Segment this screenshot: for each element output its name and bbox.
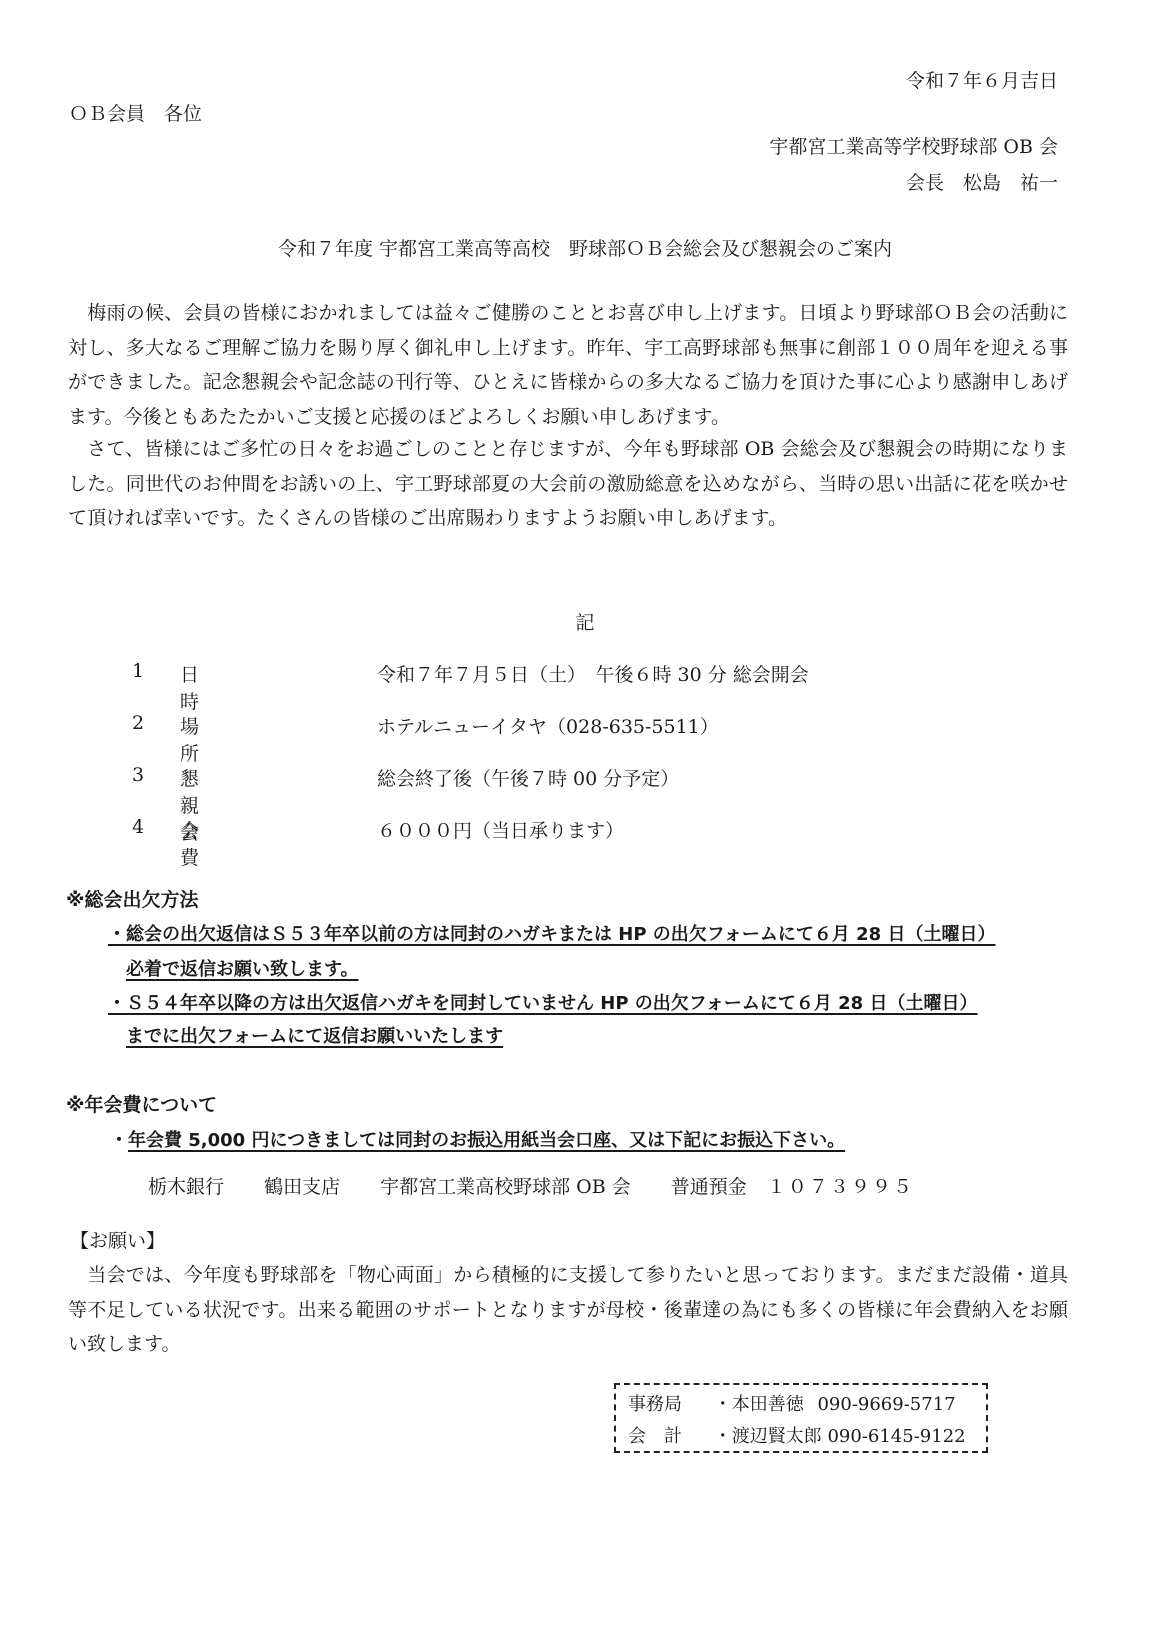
addressee: ＯＢ会員 各位 <box>69 99 202 126</box>
sender-organization: 宇都宮工業高等学校野球部 OB 会 <box>769 132 1058 159</box>
contact-role: 会 計 <box>628 1421 708 1453</box>
annual-fee-bullet-text: 年会費 5,000 円につきましては同封のお振込用紙当会口座、又は下記にお振込下… <box>128 1130 845 1151</box>
contact-name: ・本田善徳 <box>714 1389 804 1421</box>
detail-label: 日 時 <box>180 660 218 714</box>
account-type: 普通預金 <box>671 1176 747 1198</box>
document-title: 令和７年度 宇都宮工業高等高校 野球部ＯＢ会総会及び懇親会のご案内 <box>0 234 1170 261</box>
detail-number: 2 <box>132 712 144 734</box>
detail-value: 令和７年７月５日（土） 午後６時 30 分 総会開会 <box>377 660 809 687</box>
attendance-bullet-2-line-1: ・Ｓ５４年卒以降の方は出欠返信ハガキを同封していません HP の出欠フォームにて… <box>108 989 977 1015</box>
detail-number: 4 <box>132 816 144 838</box>
account-number: １０７３９９５ <box>767 1176 914 1198</box>
detail-label: 会 費 <box>180 816 218 870</box>
request-heading: 【お願い】 <box>70 1226 165 1253</box>
contact-row-treasurer: 会 計 ・渡辺賢太郎 090-6145-9122 <box>628 1421 986 1453</box>
contact-role: 事務局 <box>628 1389 708 1421</box>
detail-number: 1 <box>132 660 144 682</box>
annual-fee-bullet: ・年会費 5,000 円につきましては同封のお振込用紙当会口座、又は下記にお振込… <box>110 1126 845 1152</box>
attendance-bullet-2-line-2: までに出欠フォームにて返信お願いいたします <box>126 1022 503 1048</box>
attendance-bullet-1-line-1: ・総会の出欠返信はＳ５３年卒以前の方は同封のハガキまたは HP の出欠フォームに… <box>108 920 995 946</box>
details-heading: 記 <box>0 608 1170 635</box>
contact-box: 事務局 ・本田善徳 090-9669-5717 会 計 ・渡辺賢太郎 090-6… <box>614 1383 988 1453</box>
detail-value: 総会終了後（午後７時 00 分予定） <box>377 764 679 791</box>
detail-value: ホテルニューイタヤ（028-635-5511） <box>377 712 719 739</box>
annual-fee-heading: ※年会費について <box>66 1090 217 1117</box>
bank-account-info: 栃木銀行 鶴田支店 宇都宮工業高校野球部 OB 会 普通預金 １０７３９９５ <box>148 1172 948 1199</box>
bullet-dot: ・ <box>110 1130 128 1151</box>
document-date: 令和７年６月吉日 <box>906 66 1058 93</box>
contact-phone: 090-9669-5717 <box>817 1389 955 1421</box>
invitation-paragraph: さて、皆様にはご多忙の日々をお過ごしのことと存じますが、今年も野球部 OB 会総… <box>68 432 1068 536</box>
bank-name: 栃木銀行 <box>148 1176 224 1198</box>
attendance-bullet-1-line-2: 必着で返信お願い致します。 <box>126 955 359 981</box>
request-paragraph: 当会では、今年度も野球部を「物心両面」から積極的に支援して参りたいと思っておりま… <box>68 1258 1068 1362</box>
detail-label: 場 所 <box>180 712 218 766</box>
greeting-paragraph: 梅雨の候、会員の皆様におかれましては益々ご健勝のこととお喜び申し上げます。日頃よ… <box>68 296 1068 434</box>
contact-name: ・渡辺賢太郎 <box>714 1421 822 1453</box>
attendance-heading: ※総会出欠方法 <box>66 885 198 912</box>
contact-row-secretariat: 事務局 ・本田善徳 090-9669-5717 <box>628 1389 986 1421</box>
bank-branch: 鶴田支店 <box>264 1176 340 1198</box>
sender-president: 会長 松島 祐一 <box>906 168 1058 195</box>
detail-number: 3 <box>132 764 144 786</box>
detail-value: ６０００円（当日承ります） <box>377 816 624 843</box>
contact-phone: 090-6145-9122 <box>827 1421 965 1453</box>
account-holder: 宇都宮工業高校野球部 OB 会 <box>380 1176 631 1198</box>
